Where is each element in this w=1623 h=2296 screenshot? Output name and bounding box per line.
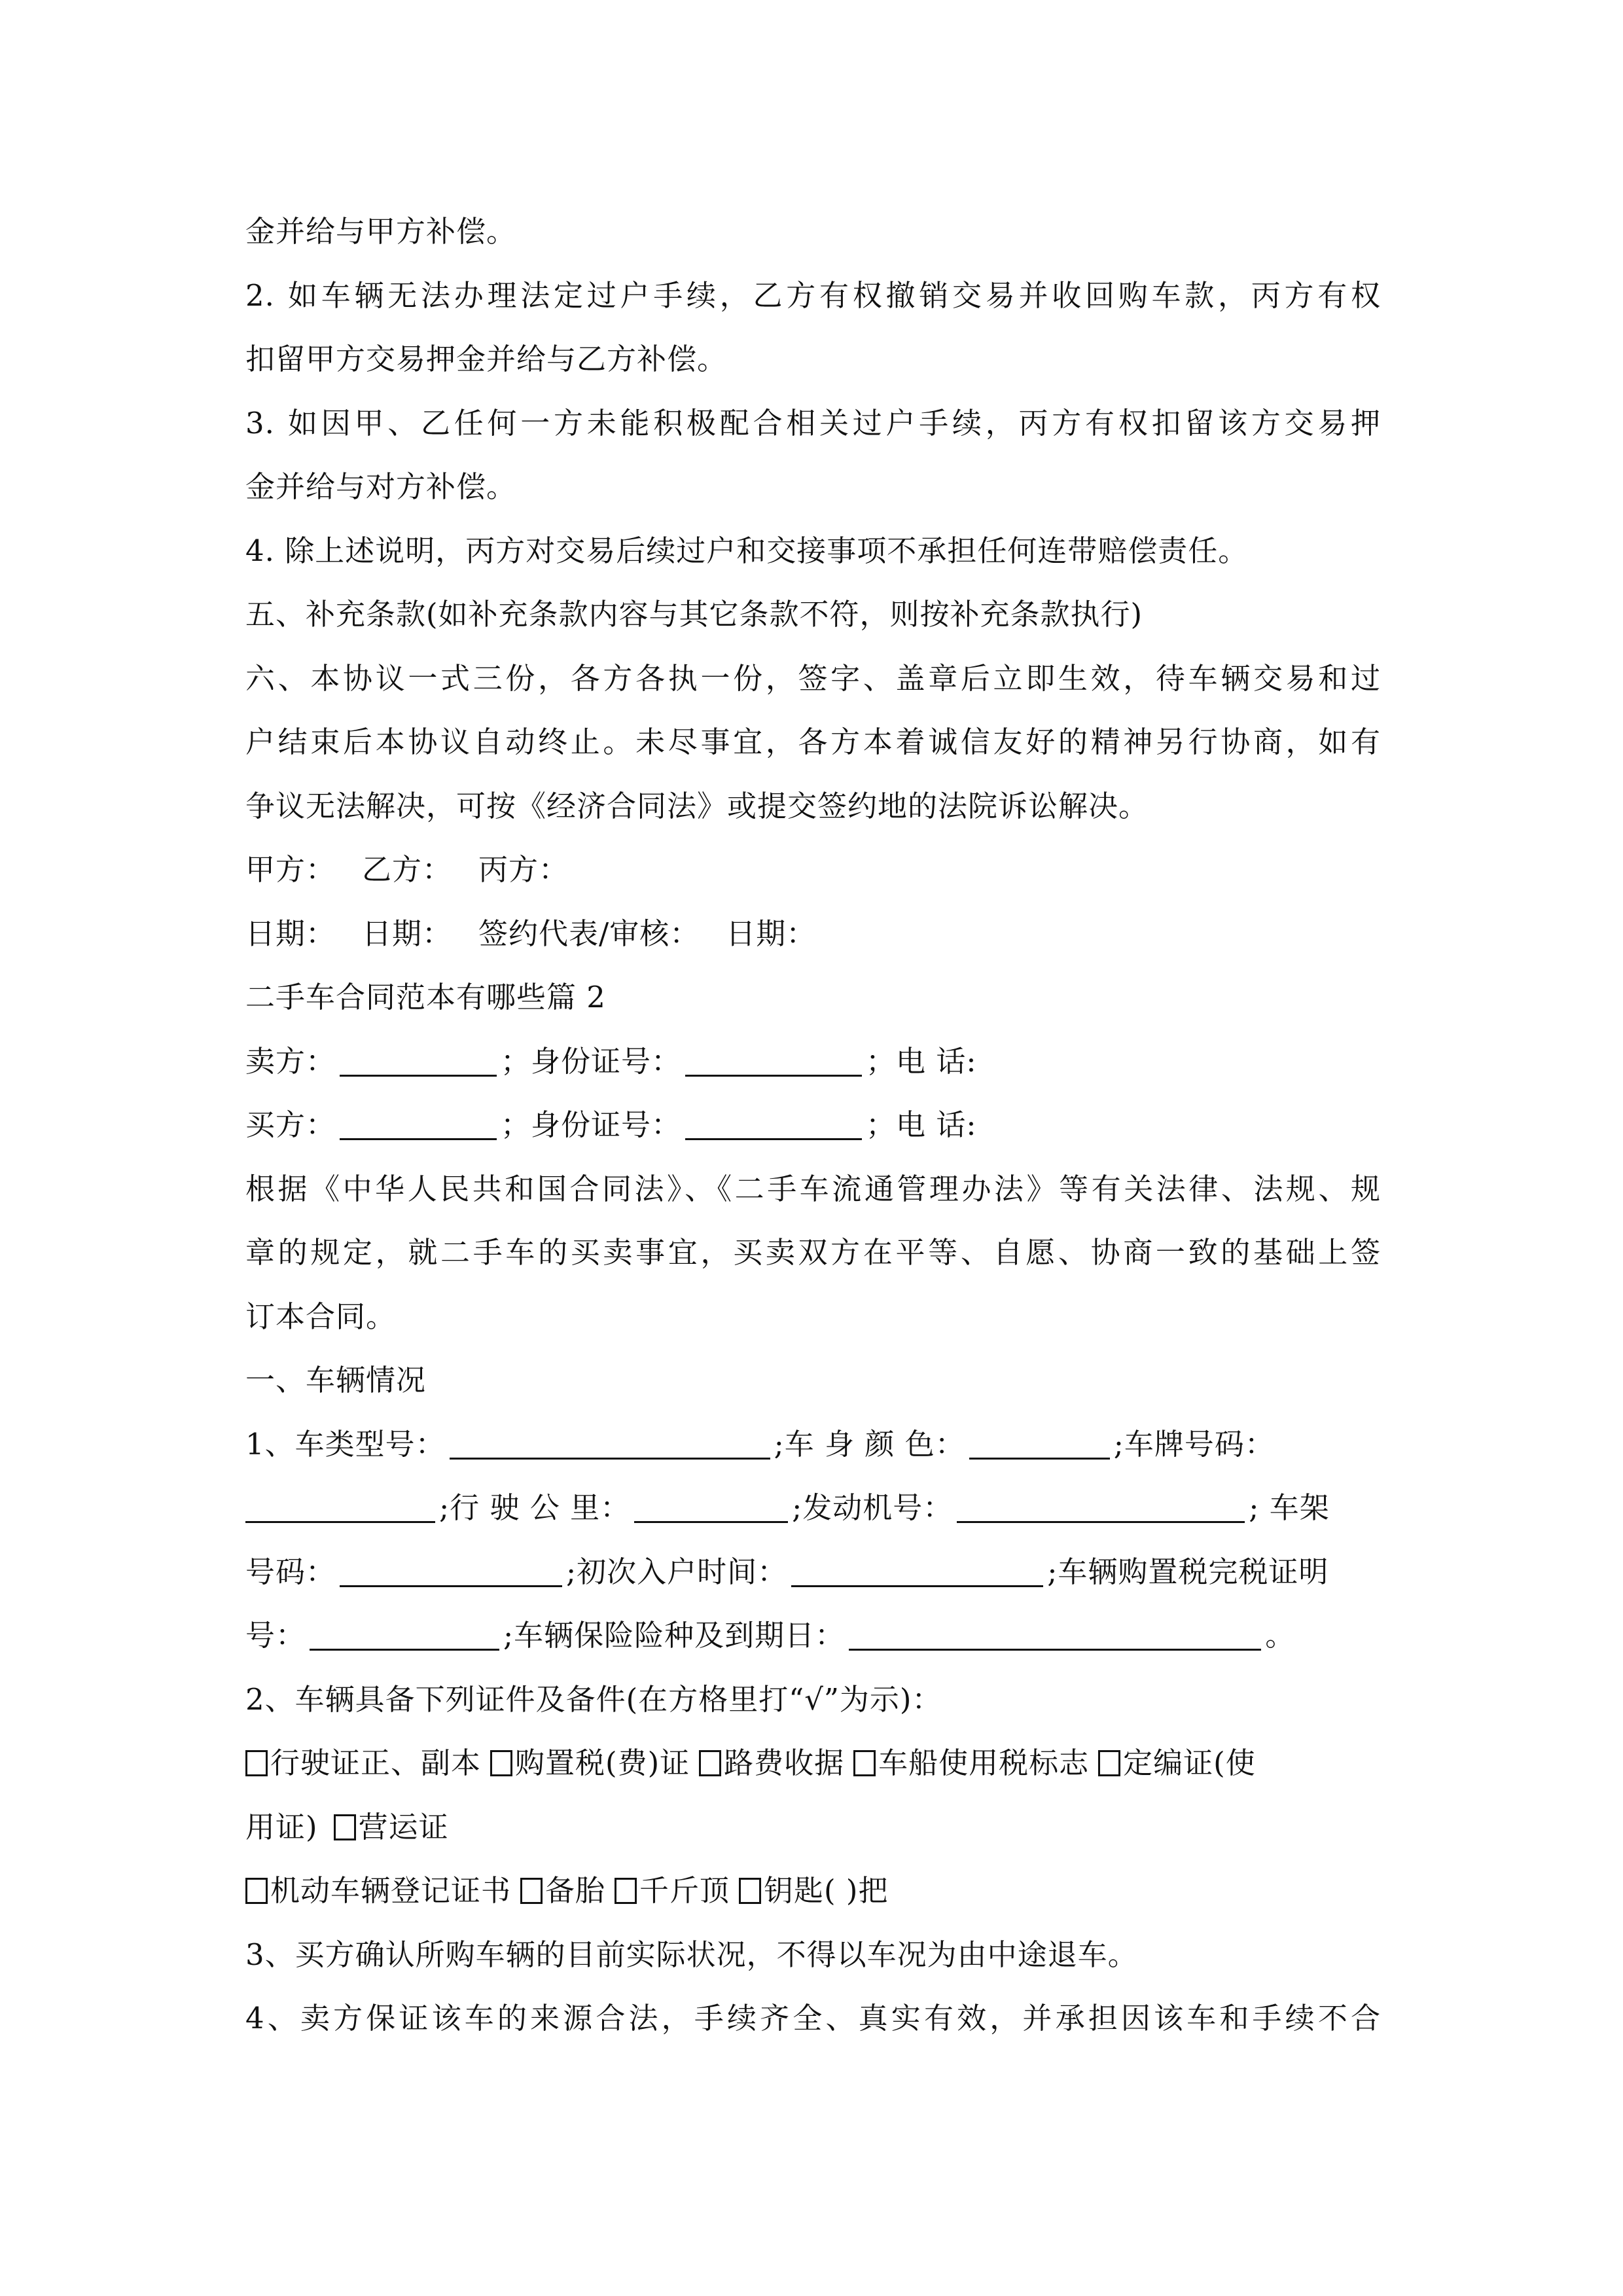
plate-field[interactable]	[245, 1492, 435, 1523]
checkbox-icon[interactable]	[245, 1750, 268, 1776]
buyer-row: 买方：；身份证号：；电 话:	[245, 1093, 1381, 1157]
signature-parties: 甲方：乙方：丙方：	[245, 838, 1381, 902]
checkbox-item[interactable]: 千斤顶	[615, 1873, 730, 1908]
checkbox-icon[interactable]	[699, 1750, 721, 1776]
checkbox-label: 备胎	[545, 1873, 605, 1908]
clause-2: 2. 如车辆无法办理法定过户手续，乙方有权撤销交易并收回购车款，丙方有权	[245, 264, 1381, 328]
first-reg-label: ;初次入户时间：	[566, 1554, 787, 1589]
buyer-label: 买方：	[245, 1107, 336, 1142]
clause-3: 3. 如因甲、乙任何一方未能积极配合相关过户手续，丙方有权扣留该方交易押	[245, 391, 1381, 456]
vehicle-item-3: 3、买方确认所购车辆的目前实际状况，不得以车况为由中途退车。	[245, 1923, 1381, 1987]
text-line: 争议无法解决，可按《经济合同法》或提交签约地的法院诉讼解决。	[245, 774, 1381, 838]
color-label: ;车 身 颜 色：	[774, 1427, 965, 1462]
party-a-label: 甲方：	[245, 852, 336, 887]
frame-label-cont: 号码：	[245, 1554, 336, 1589]
frame-field[interactable]	[340, 1556, 562, 1587]
date-c-label: 日期：	[726, 916, 816, 951]
checkbox-icon[interactable]	[245, 1878, 268, 1904]
checkbox-label: 营运证	[359, 1810, 449, 1844]
frame-label: ; 车架	[1249, 1490, 1329, 1525]
engine-field[interactable]	[957, 1492, 1245, 1523]
seller-label: 卖方：	[245, 1044, 336, 1079]
checkbox-item[interactable]: 钥匙( )把	[739, 1873, 888, 1908]
checkbox-label: 钥匙( )把	[764, 1873, 888, 1908]
tax-cert-label: ;车辆购置税完税证明	[1047, 1554, 1329, 1589]
checkbox-label: 定编证(使	[1123, 1746, 1256, 1780]
checkbox-icon[interactable]	[853, 1750, 876, 1776]
date-b-label: 日期：	[362, 916, 452, 951]
checkbox-icon[interactable]	[490, 1750, 512, 1776]
model-field[interactable]	[450, 1428, 770, 1460]
seller-name-field[interactable]	[340, 1045, 497, 1077]
vehicle-item-4: 4、卖方保证该车的来源合法，手续齐全、真实有效，并承担因该车和手续不合	[245, 1986, 1381, 2051]
checkbox-row-1: 行驶证正、副本购置税(费)证路费收据车船使用税标志定编证(使	[245, 1731, 1381, 1795]
text-line: 户结束后本协议自动终止。未尽事宜，各方本着诚信友好的精神另行协商，如有	[245, 710, 1381, 774]
checkbox-icon[interactable]	[739, 1878, 761, 1904]
checkbox-item[interactable]: 备胎	[520, 1873, 605, 1908]
period: 。	[1265, 1618, 1295, 1653]
seller-id-field[interactable]	[685, 1045, 862, 1077]
checkbox-item[interactable]: 机动车辆登记证书	[245, 1873, 511, 1908]
seller-row: 卖方：；身份证号：；电 话:	[245, 1030, 1381, 1094]
checkbox-item[interactable]: 行驶证正、副本	[245, 1746, 481, 1780]
checkbox-icon[interactable]	[334, 1814, 356, 1840]
documents-title: 2、车辆具备下列证件及备件(在方格里打“√”为示)：	[245, 1668, 1381, 1732]
plate-label: ;车牌号码：	[1114, 1427, 1275, 1462]
checkbox-label: 购置税(费)证	[515, 1746, 690, 1780]
color-field[interactable]	[969, 1428, 1110, 1460]
buyer-name-field[interactable]	[340, 1109, 497, 1140]
party-b-label: 乙方：	[362, 852, 452, 887]
checkbox-icon[interactable]	[1098, 1750, 1120, 1776]
document-page: 金并给与甲方补偿。 2. 如车辆无法办理法定过户手续，乙方有权撤销交易并收回购车…	[245, 200, 1381, 2051]
mileage-field[interactable]	[634, 1492, 788, 1523]
signature-dates: 日期：日期：签约代表/审核：日期：	[245, 902, 1381, 966]
vehicle-info-row-4: 号：;车辆保险险种及到期日：。	[245, 1604, 1381, 1668]
vehicle-info-row-1: 1、车类型号：;车 身 颜 色：;车牌号码：	[245, 1412, 1381, 1477]
tax-cert-field[interactable]	[310, 1619, 499, 1651]
checkbox-item[interactable]: 路费收据	[699, 1746, 844, 1780]
text-line: 章的规定，就二手车的买卖事宜，买卖双方在平等、自愿、协商一致的基础上签	[245, 1221, 1381, 1285]
party-c-label: 丙方：	[478, 852, 569, 887]
tax-cert-label-cont: 号：	[245, 1618, 306, 1653]
rep-label: 签约代表/审核：	[478, 916, 700, 951]
vehicle-heading: 一、车辆情况	[245, 1348, 1381, 1412]
checkbox-label: 千斤顶	[639, 1873, 730, 1908]
section-six: 六、本协议一式三份，各方各执一份，签字、盖章后立即生效，待车辆交易和过	[245, 647, 1381, 711]
id-label: ；身份证号：	[501, 1107, 681, 1142]
text-line: 金并给与甲方补偿。	[245, 200, 1381, 264]
first-reg-field[interactable]	[791, 1556, 1043, 1587]
mileage-label: ;行 驶 公 里：	[439, 1490, 630, 1525]
model-label: 1、车类型号：	[245, 1427, 446, 1462]
checkbox-item[interactable]: 定编证(使	[1098, 1746, 1256, 1780]
date-a-label: 日期：	[245, 916, 336, 951]
vehicle-info-row-2: ;行 驶 公 里：;发动机号：; 车架	[245, 1476, 1381, 1540]
insurance-field[interactable]	[849, 1619, 1261, 1651]
vehicle-info-row-3: 号码：;初次入户时间：;车辆购置税完税证明	[245, 1540, 1381, 1604]
checkbox-label-cont: 用证)	[245, 1810, 318, 1844]
checkbox-label: 车船使用税标志	[878, 1746, 1089, 1780]
text-line: 扣留甲方交易押金并给与乙方补偿。	[245, 327, 1381, 391]
text-line: 订本合同。	[245, 1285, 1381, 1349]
checkbox-label: 路费收据	[724, 1746, 844, 1780]
checkbox-item[interactable]: 车船使用税标志	[853, 1746, 1089, 1780]
engine-label: ;发动机号：	[792, 1490, 953, 1525]
text-line: 金并给与对方补偿。	[245, 455, 1381, 519]
section-supplementary: 五、补充条款(如补充条款内容与其它条款不符，则按补充条款执行)	[245, 583, 1381, 647]
checkbox-label: 行驶证正、副本	[270, 1746, 481, 1780]
checkbox-row-3: 机动车辆登记证书备胎千斤顶钥匙( )把	[245, 1859, 1381, 1923]
phone-label: ；电 话:	[866, 1107, 976, 1142]
id-label: ；身份证号：	[501, 1044, 681, 1079]
insurance-label: ;车辆保险险种及到期日：	[503, 1618, 845, 1653]
checkbox-row-2: 用证)营运证	[245, 1795, 1381, 1859]
buyer-id-field[interactable]	[685, 1109, 862, 1140]
preamble: 根据《中华人民共和国合同法》、《二手车流通管理办法》等有关法律、法规、规	[245, 1157, 1381, 1221]
checkbox-item[interactable]: 营运证	[334, 1810, 449, 1844]
clause-4: 4. 除上述说明，丙方对交易后续过户和交接事项不承担任何连带赔偿责任。	[245, 519, 1381, 583]
section-title: 二手车合同范本有哪些篇 2	[245, 965, 1381, 1030]
phone-label: ；电 话:	[866, 1044, 976, 1079]
checkbox-item[interactable]: 购置税(费)证	[490, 1746, 690, 1780]
checkbox-label: 机动车辆登记证书	[270, 1873, 511, 1908]
checkbox-icon[interactable]	[520, 1878, 543, 1904]
checkbox-icon[interactable]	[615, 1878, 637, 1904]
